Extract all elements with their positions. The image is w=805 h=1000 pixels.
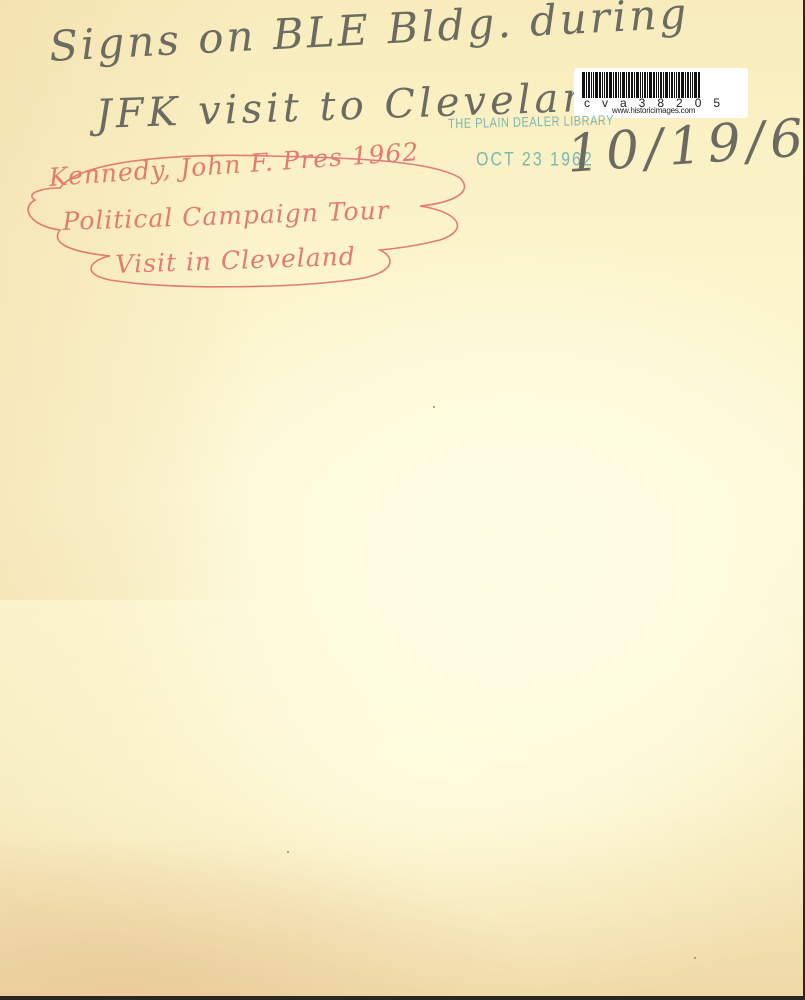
barcode-label: cva38205 www.historicimages.com	[574, 68, 748, 118]
barcode-icon	[582, 72, 742, 98]
photo-back: Signs on BLE Bldg. during JFK visit to C…	[0, 0, 803, 996]
paper-speck	[694, 957, 696, 959]
paper-speck	[433, 406, 435, 408]
paper-speck	[287, 851, 289, 853]
barcode-url: www.historicimages.com	[612, 106, 695, 115]
aging-shade-bottom	[0, 840, 560, 996]
